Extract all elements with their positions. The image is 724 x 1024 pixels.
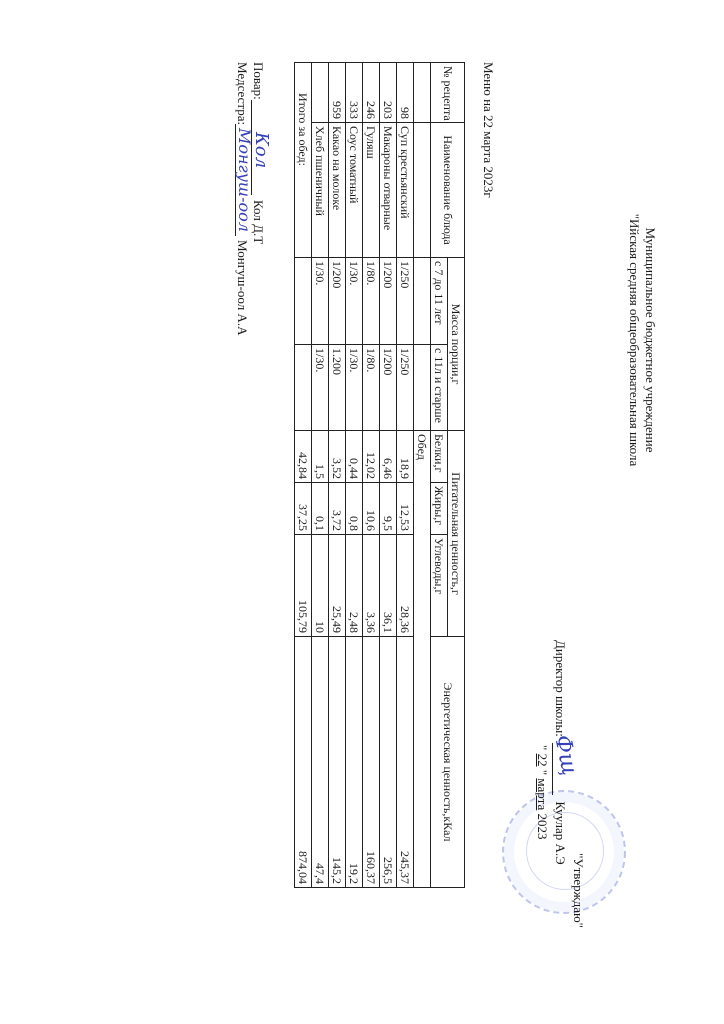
nurse-name: Монгуш-оол А.А xyxy=(234,240,250,335)
cook-label: Повар: xyxy=(251,62,266,100)
nurse-label: Медсестра: xyxy=(235,62,250,125)
mass-11-plus: 1/30. xyxy=(312,345,329,431)
mass-11-plus: 1/30. xyxy=(346,345,363,431)
proteins-value: 18,9 xyxy=(397,431,414,483)
header-proteins: Белки,г xyxy=(431,431,448,483)
approval-date: " 22 " марта 2023 xyxy=(534,745,550,839)
carbs-value: 3,36 xyxy=(363,535,380,637)
cook-signature: Кол xyxy=(251,132,272,168)
header-carbs: Углеводы,г xyxy=(431,535,448,637)
energy-value: 245,37 xyxy=(397,637,414,888)
menu-document-page: Муниципальное бюджетное учреждение "Ийск… xyxy=(0,0,724,1024)
proteins-value: 0,44 xyxy=(346,431,363,483)
approval-month: марта xyxy=(535,778,550,810)
header-recipe-no: № рецепта xyxy=(431,63,465,123)
nurse-signature-row: Медсестра: Монгуш-оол Монгуш-оол А.А xyxy=(234,62,250,125)
energy-value: 160,37 xyxy=(363,637,380,888)
nurse-signature: Монгуш-оол xyxy=(235,128,254,232)
recipe-number: 959 xyxy=(329,63,346,123)
dish-name: Макароны отварные xyxy=(380,123,397,258)
energy-value: 19,2 xyxy=(346,637,363,888)
carbs-value: 2,48 xyxy=(346,535,363,637)
table-row: Хлеб пшеничный1/30.1/30.1,50,11047,4 xyxy=(312,63,329,888)
mass-11-plus: 1.200 xyxy=(329,345,346,431)
dish-name: Хлеб пшеничный xyxy=(312,123,329,258)
organization-line-1: Муниципальное бюджетное учреждение xyxy=(642,130,658,550)
mass-7-11: 1/80. xyxy=(363,258,380,345)
table-row: 98Суп крестьянский1/2501/25018,912,5328,… xyxy=(397,63,414,888)
total-carbs: 105,79 xyxy=(295,535,312,637)
table-row: 203Макароны отварные1/2001/2006,469,536,… xyxy=(380,63,397,888)
mass-7-11: 1/30. xyxy=(346,258,363,345)
header-nutrition: Питательная ценность,г xyxy=(448,431,465,637)
mass-7-11: 1/200 xyxy=(329,258,346,345)
total-label: Итого за обед: xyxy=(295,63,312,258)
header-portion-mass: Масса порции,г xyxy=(448,258,465,431)
mass-11-plus: 1/80. xyxy=(363,345,380,431)
mass-7-11: 1/30. xyxy=(312,258,329,345)
fats-value: 3,72 xyxy=(329,483,346,535)
header-energy: Энергетическая ценность,кКал xyxy=(431,637,465,888)
recipe-number xyxy=(312,63,329,123)
energy-value: 256,5 xyxy=(380,637,397,888)
fats-value: 12,53 xyxy=(397,483,414,535)
total-energy: 874,04 xyxy=(295,637,312,888)
table-row: 246Гуляш1/80.1/80.12,0210,63,36160,37 xyxy=(363,63,380,888)
approval-year: 2023 xyxy=(535,813,550,839)
header-dish-name: Наименование блюда xyxy=(431,123,465,258)
fats-value: 0,8 xyxy=(346,483,363,535)
carbs-value: 28,36 xyxy=(397,535,414,637)
recipe-number: 203 xyxy=(380,63,397,123)
energy-value: 145,2 xyxy=(329,637,346,888)
total-fats: 37,25 xyxy=(295,483,312,535)
fats-value: 0,1 xyxy=(312,483,329,535)
mass-7-11: 1/250 xyxy=(397,258,414,345)
dish-name: Какао на молоке xyxy=(329,123,346,258)
director-label: Директор школы: xyxy=(553,640,568,737)
approval-title: "Утверждаю" xyxy=(570,853,586,928)
mass-7-11: 1/200 xyxy=(380,258,397,345)
dish-name: Соус томатный xyxy=(346,123,363,258)
mass-11-plus: 1/200 xyxy=(380,345,397,431)
cook-signature-row: Повар: Кол Кол Д.Т xyxy=(250,62,266,100)
proteins-value: 1,5 xyxy=(312,431,329,483)
fats-value: 10,6 xyxy=(363,483,380,535)
proteins-value: 6,46 xyxy=(380,431,397,483)
approval-day: 22 xyxy=(535,754,550,767)
proteins-value: 3,52 xyxy=(329,431,346,483)
carbs-value: 36,1 xyxy=(380,535,397,637)
dish-name: Гуляш xyxy=(363,123,380,258)
recipe-number: 333 xyxy=(346,63,363,123)
header-age-7-11: с 7 до 11 лет xyxy=(431,258,448,345)
header-fats: Жиры,г xyxy=(431,483,448,535)
director-name: Куулар А.Э xyxy=(553,801,568,864)
table-row: 333Соус томатный1/30.1/30.0,440,82,4819,… xyxy=(346,63,363,888)
mass-11-plus: 1/250 xyxy=(397,345,414,431)
header-age-11-plus: с 11л и старше xyxy=(431,345,448,431)
table-row: 959Какао на молоке1/2001.2003,523,7225,4… xyxy=(329,63,346,888)
total-proteins: 42,84 xyxy=(295,431,312,483)
organization-line-2: "Ийская средняя общеобразовательная школ… xyxy=(626,130,642,550)
menu-date-title: Меню на 22 марта 2023г xyxy=(480,62,496,198)
section-lunch: Обед xyxy=(414,431,431,888)
fats-value: 9,5 xyxy=(380,483,397,535)
proteins-value: 12,02 xyxy=(363,431,380,483)
carbs-value: 10 xyxy=(312,535,329,637)
total-row: Итого за обед:42,8437,25105,79874,04 xyxy=(295,63,312,888)
energy-value: 47,4 xyxy=(312,637,329,888)
approval-block: "Утверждаю" Директор школы: Куулар А.Э Ф… xyxy=(506,640,586,940)
menu-table: № рецепта Наименование блюда Масса порци… xyxy=(294,62,465,888)
signatures-block: Повар: Кол Кол Д.Т Медсестра: Монгуш-оол… xyxy=(226,62,266,362)
recipe-number: 98 xyxy=(397,63,414,123)
carbs-value: 25,49 xyxy=(329,535,346,637)
dish-name: Суп крестьянский xyxy=(397,123,414,258)
recipe-number: 246 xyxy=(363,63,380,123)
